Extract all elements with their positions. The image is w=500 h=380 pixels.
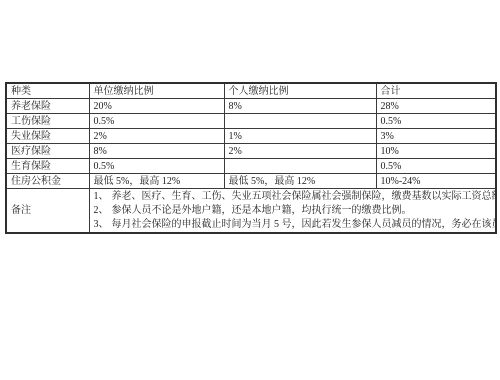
cell-personal: 8% [224,99,376,114]
cell-type: 失业保险 [6,129,89,144]
cell-personal: 1% [224,129,376,144]
remark-item: 3、每月社会保险的申报截止时间为当月 5 号，因此若发生参保人员减员的情况，务必… [94,218,492,232]
cell-employer: 20% [89,99,224,114]
remark-text: 养老、医疗、生育、工伤、失业五项社会保险属社会强制保险，缴费基数以实际工资总额为… [112,191,497,202]
cell-personal [224,114,376,129]
cell-employer: 0.5% [89,159,224,174]
remarks-cell: 1、养老、医疗、生育、工伤、失业五项社会保险属社会强制保险，缴费基数以实际工资总… [89,189,496,234]
header-row: 种类 单位缴纳比例 个人缴纳比例 合计 [6,83,496,99]
cell-total: 10%-24% [376,174,496,189]
remarks-row: 备注 1、养老、医疗、生育、工伤、失业五项社会保险属社会强制保险，缴费基数以实际… [6,189,496,234]
cell-type: 生育保险 [6,159,89,174]
cell-personal: 2% [224,144,376,159]
remark-number: 3、 [94,219,109,230]
insurance-rate-table: 种类 单位缴纳比例 个人缴纳比例 合计 养老保险 20% 8% 28% 工伤保险… [5,82,497,234]
table-row: 工伤保险 0.5% 0.5% [6,114,496,129]
cell-employer: 2% [89,129,224,144]
table-row: 医疗保险 8% 2% 10% [6,144,496,159]
cell-total: 28% [376,99,496,114]
header-cell-employer: 单位缴纳比例 [89,83,224,99]
remark-number: 2、 [94,205,109,216]
header-cell-total: 合计 [376,83,496,99]
table-row: 住房公积金 最低 5%，最高 12% 最低 5%，最高 12% 10%-24% [6,174,496,189]
remark-text: 参保人员不论是外地户籍，还是本地户籍，均执行统一的缴费比例。 [112,205,412,216]
cell-total: 0.5% [376,159,496,174]
cell-personal: 最低 5%，最高 12% [224,174,376,189]
cell-type: 工伤保险 [6,114,89,129]
cell-type: 养老保险 [6,99,89,114]
cell-type: 住房公积金 [6,174,89,189]
header-cell-personal: 个人缴纳比例 [224,83,376,99]
table-row: 失业保险 2% 1% 3% [6,129,496,144]
table-row: 生育保险 0.5% 0.5% [6,159,496,174]
cell-total: 10% [376,144,496,159]
remarks-label: 备注 [6,189,89,234]
remark-text: 每月社会保险的申报截止时间为当月 5 号，因此若发生参保人员减员的情况，务必在该… [112,219,497,230]
cell-total: 0.5% [376,114,496,129]
cell-employer: 0.5% [89,114,224,129]
cell-type: 医疗保险 [6,144,89,159]
cell-personal [224,159,376,174]
cell-employer: 8% [89,144,224,159]
table-row: 养老保险 20% 8% 28% [6,99,496,114]
remark-item: 1、养老、医疗、生育、工伤、失业五项社会保险属社会强制保险，缴费基数以实际工资总… [94,190,492,204]
cell-employer: 最低 5%，最高 12% [89,174,224,189]
cell-total: 3% [376,129,496,144]
header-cell-type: 种类 [6,83,89,99]
remark-item: 2、参保人员不论是外地户籍，还是本地户籍，均执行统一的缴费比例。 [94,204,492,218]
remark-number: 1、 [94,191,109,202]
document-page: 种类 单位缴纳比例 个人缴纳比例 合计 养老保险 20% 8% 28% 工伤保险… [0,0,500,380]
